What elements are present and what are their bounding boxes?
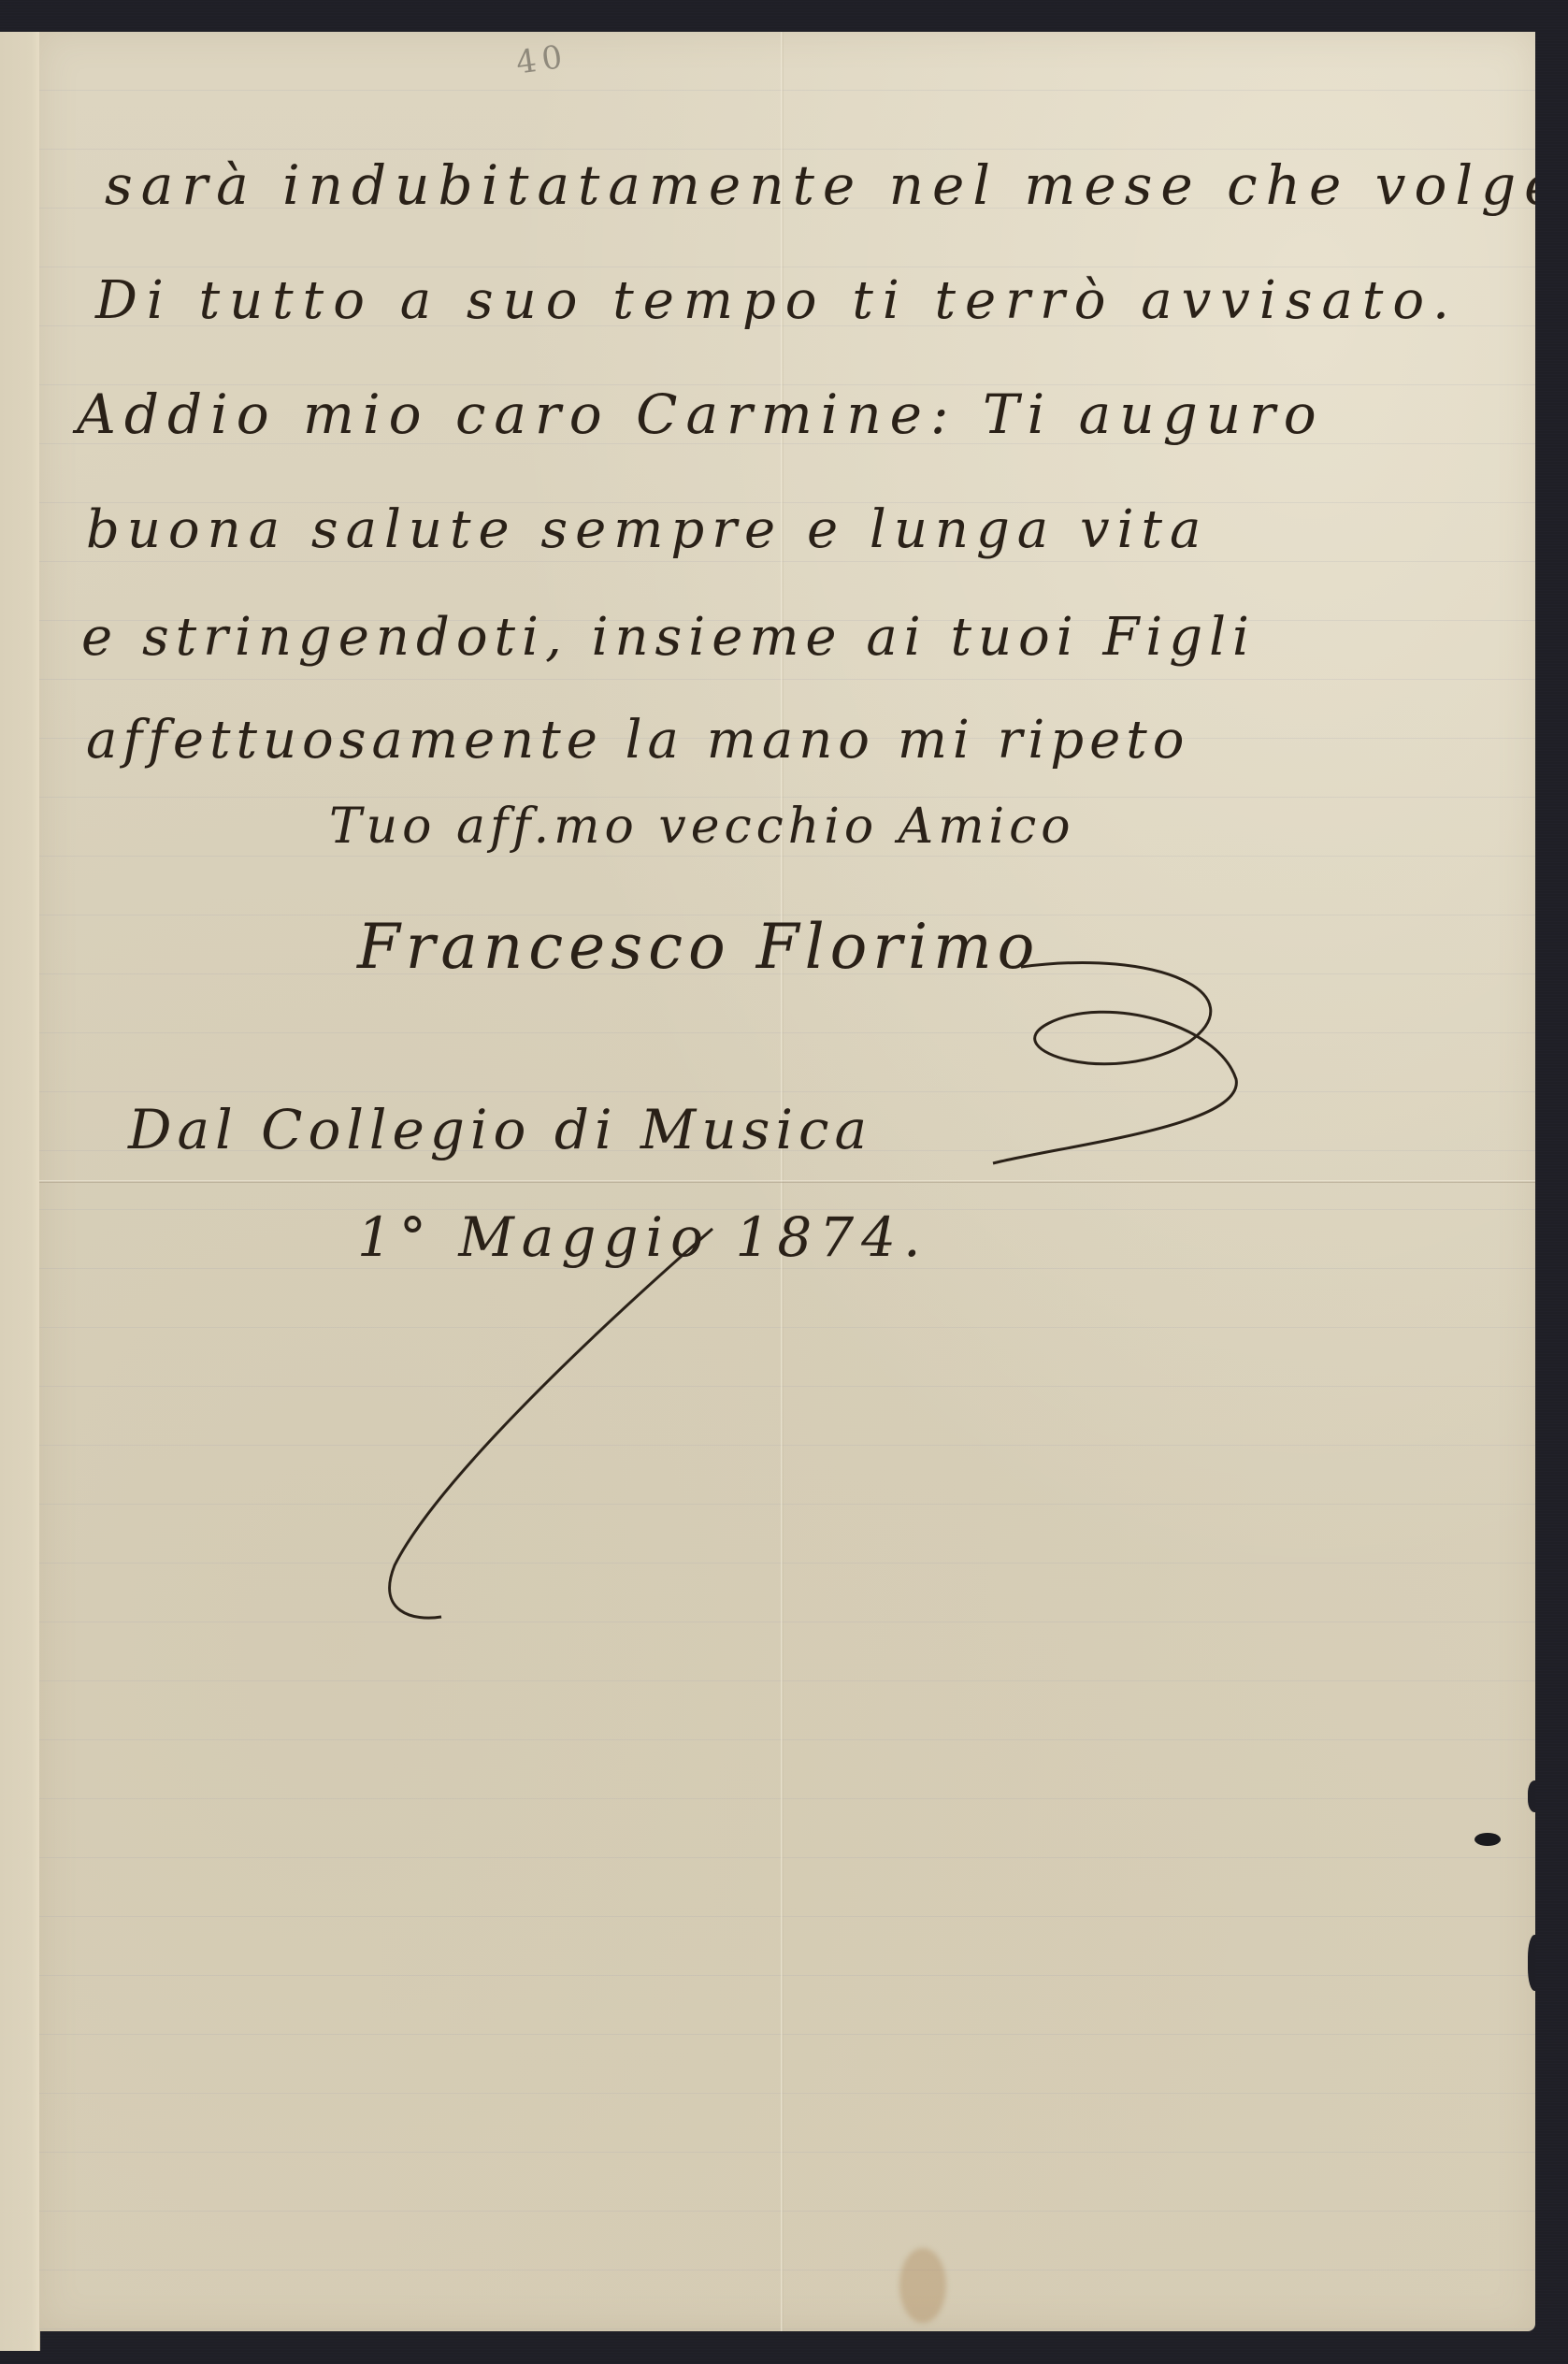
signature-flourish (993, 962, 1236, 1163)
ink-stain (899, 2248, 946, 2323)
signature: Francesco Florimo (357, 911, 1040, 983)
archival-number: 40 (513, 37, 569, 81)
ink-blot (1474, 1833, 1501, 1846)
date-flourish-stroke (390, 1229, 712, 1618)
letter-line-3: Addio mio caro Carmine: Ti auguro (77, 382, 1325, 446)
letter-line-5: e stringendoti, insieme ai tuoi Figli (81, 607, 1256, 668)
letter-line-1: sarà indubitatamente nel mese che volge (105, 153, 1535, 217)
letter-page: 40 sarà indubitatamente nel mese che vol… (39, 32, 1535, 2331)
letter-line-4: buona salute sempre e lunga vita (86, 499, 1208, 560)
letter-line-2: Di tutto a suo tempo ti terrò avvisato. (95, 270, 1459, 331)
closing-salutation: Tuo aff.mo vecchio Amico (329, 799, 1075, 855)
horizontal-fold-line (39, 1180, 1535, 1183)
torn-edge (1528, 1780, 1535, 1812)
document-scan: 40 sarà indubitatamente nel mese che vol… (0, 0, 1568, 2364)
adjacent-page-edge (0, 32, 40, 2351)
sender-place: Dal Collegio di Musica (128, 1098, 872, 1161)
letter-date: 1° Maggio 1874. (357, 1205, 928, 1269)
torn-edge (1528, 1935, 1535, 1991)
letter-line-6: affettuosamente la mano mi ripeto (86, 710, 1190, 771)
